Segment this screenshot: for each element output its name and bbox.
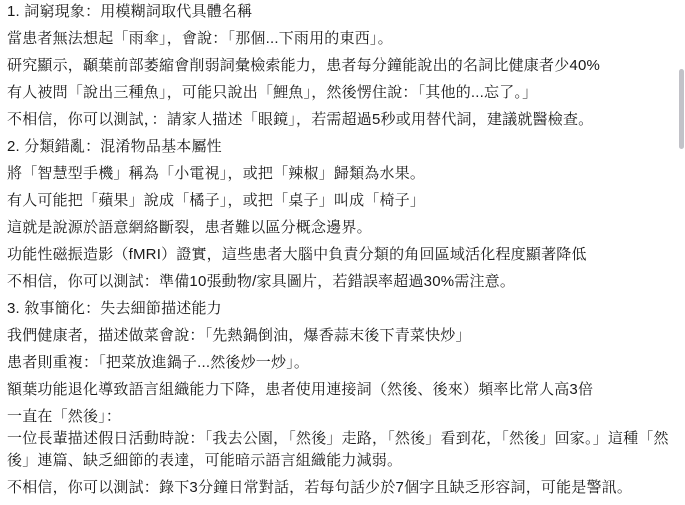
paragraph: 功能性磁振造影（fMRI）證實，這些患者大腦中負責分類的角回區域活化程度顯著降低 — [7, 244, 671, 266]
section-narrative-simplification: 3. 敘事簡化：失去細節描述能力 我們健康者，描述做菜會說：「先熱鍋倒油，爆香蒜… — [7, 298, 671, 499]
paragraph: 有人被問「說出三種魚」，可能只說出「鯉魚」，然後愣住說：「其他的...忘了。」 — [7, 82, 671, 104]
section-category-confusion: 2. 分類錯亂：混淆物品基本屬性 將「智慧型手機」稱為「小電視」，或把「辣椒」歸… — [7, 136, 671, 293]
section-heading: 3. 敘事簡化：失去細節描述能力 — [7, 298, 671, 320]
paragraph: 一直在「然後」： 一位長輩描述假日活動時說：「我去公園，「然後」走路，「然後」看… — [7, 406, 671, 472]
paragraph: 這就是說源於語意網絡斷裂，患者難以區分概念邊界。 — [7, 217, 671, 239]
document-body: 1. 詞窮現象：用模糊詞取代具體名稱 當患者無法想起「雨傘」，會說：「那個...… — [0, 0, 685, 499]
section-heading: 1. 詞窮現象：用模糊詞取代具體名稱 — [7, 1, 671, 23]
paragraph: 患者則重複：「把菜放進鍋子...然後炒一炒」。 — [7, 352, 671, 374]
paragraph: 我們健康者，描述做菜會說：「先熱鍋倒油，爆香蒜末後下青菜快炒」 — [7, 325, 671, 347]
section-word-poverty: 1. 詞窮現象：用模糊詞取代具體名稱 當患者無法想起「雨傘」，會說：「那個...… — [7, 1, 671, 131]
scrollbar-thumb[interactable] — [679, 69, 684, 149]
section-heading: 2. 分類錯亂：混淆物品基本屬性 — [7, 136, 671, 158]
paragraph: 額葉功能退化導致語言組織能力下降，患者使用連接詞（然後、後來）頻率比常人高3倍 — [7, 379, 671, 401]
paragraph: 研究顯示，顳葉前部萎縮會削弱詞彙檢索能力，患者每分鐘能說出的名詞比健康者少40% — [7, 55, 671, 77]
paragraph: 有人可能把「蘋果」說成「橘子」，或把「桌子」叫成「椅子」 — [7, 190, 671, 212]
paragraph: 不相信，你可以測試，：請家人描述「眼鏡」，若需超過5秒或用替代詞，建議就醫檢查。 — [7, 109, 671, 131]
paragraph: 當患者無法想起「雨傘」，會說：「那個...下雨用的東西」。 — [7, 28, 671, 50]
paragraph: 不相信，你可以測試：錄下3分鐘日常對話，若每句話少於7個字且缺乏形容詞，可能是警… — [7, 477, 671, 499]
paragraph: 不相信，你可以測試：準備10張動物/家具圖片，若錯誤率超過30%需注意。 — [7, 271, 671, 293]
paragraph: 將「智慧型手機」稱為「小電視」，或把「辣椒」歸類為水果。 — [7, 163, 671, 185]
